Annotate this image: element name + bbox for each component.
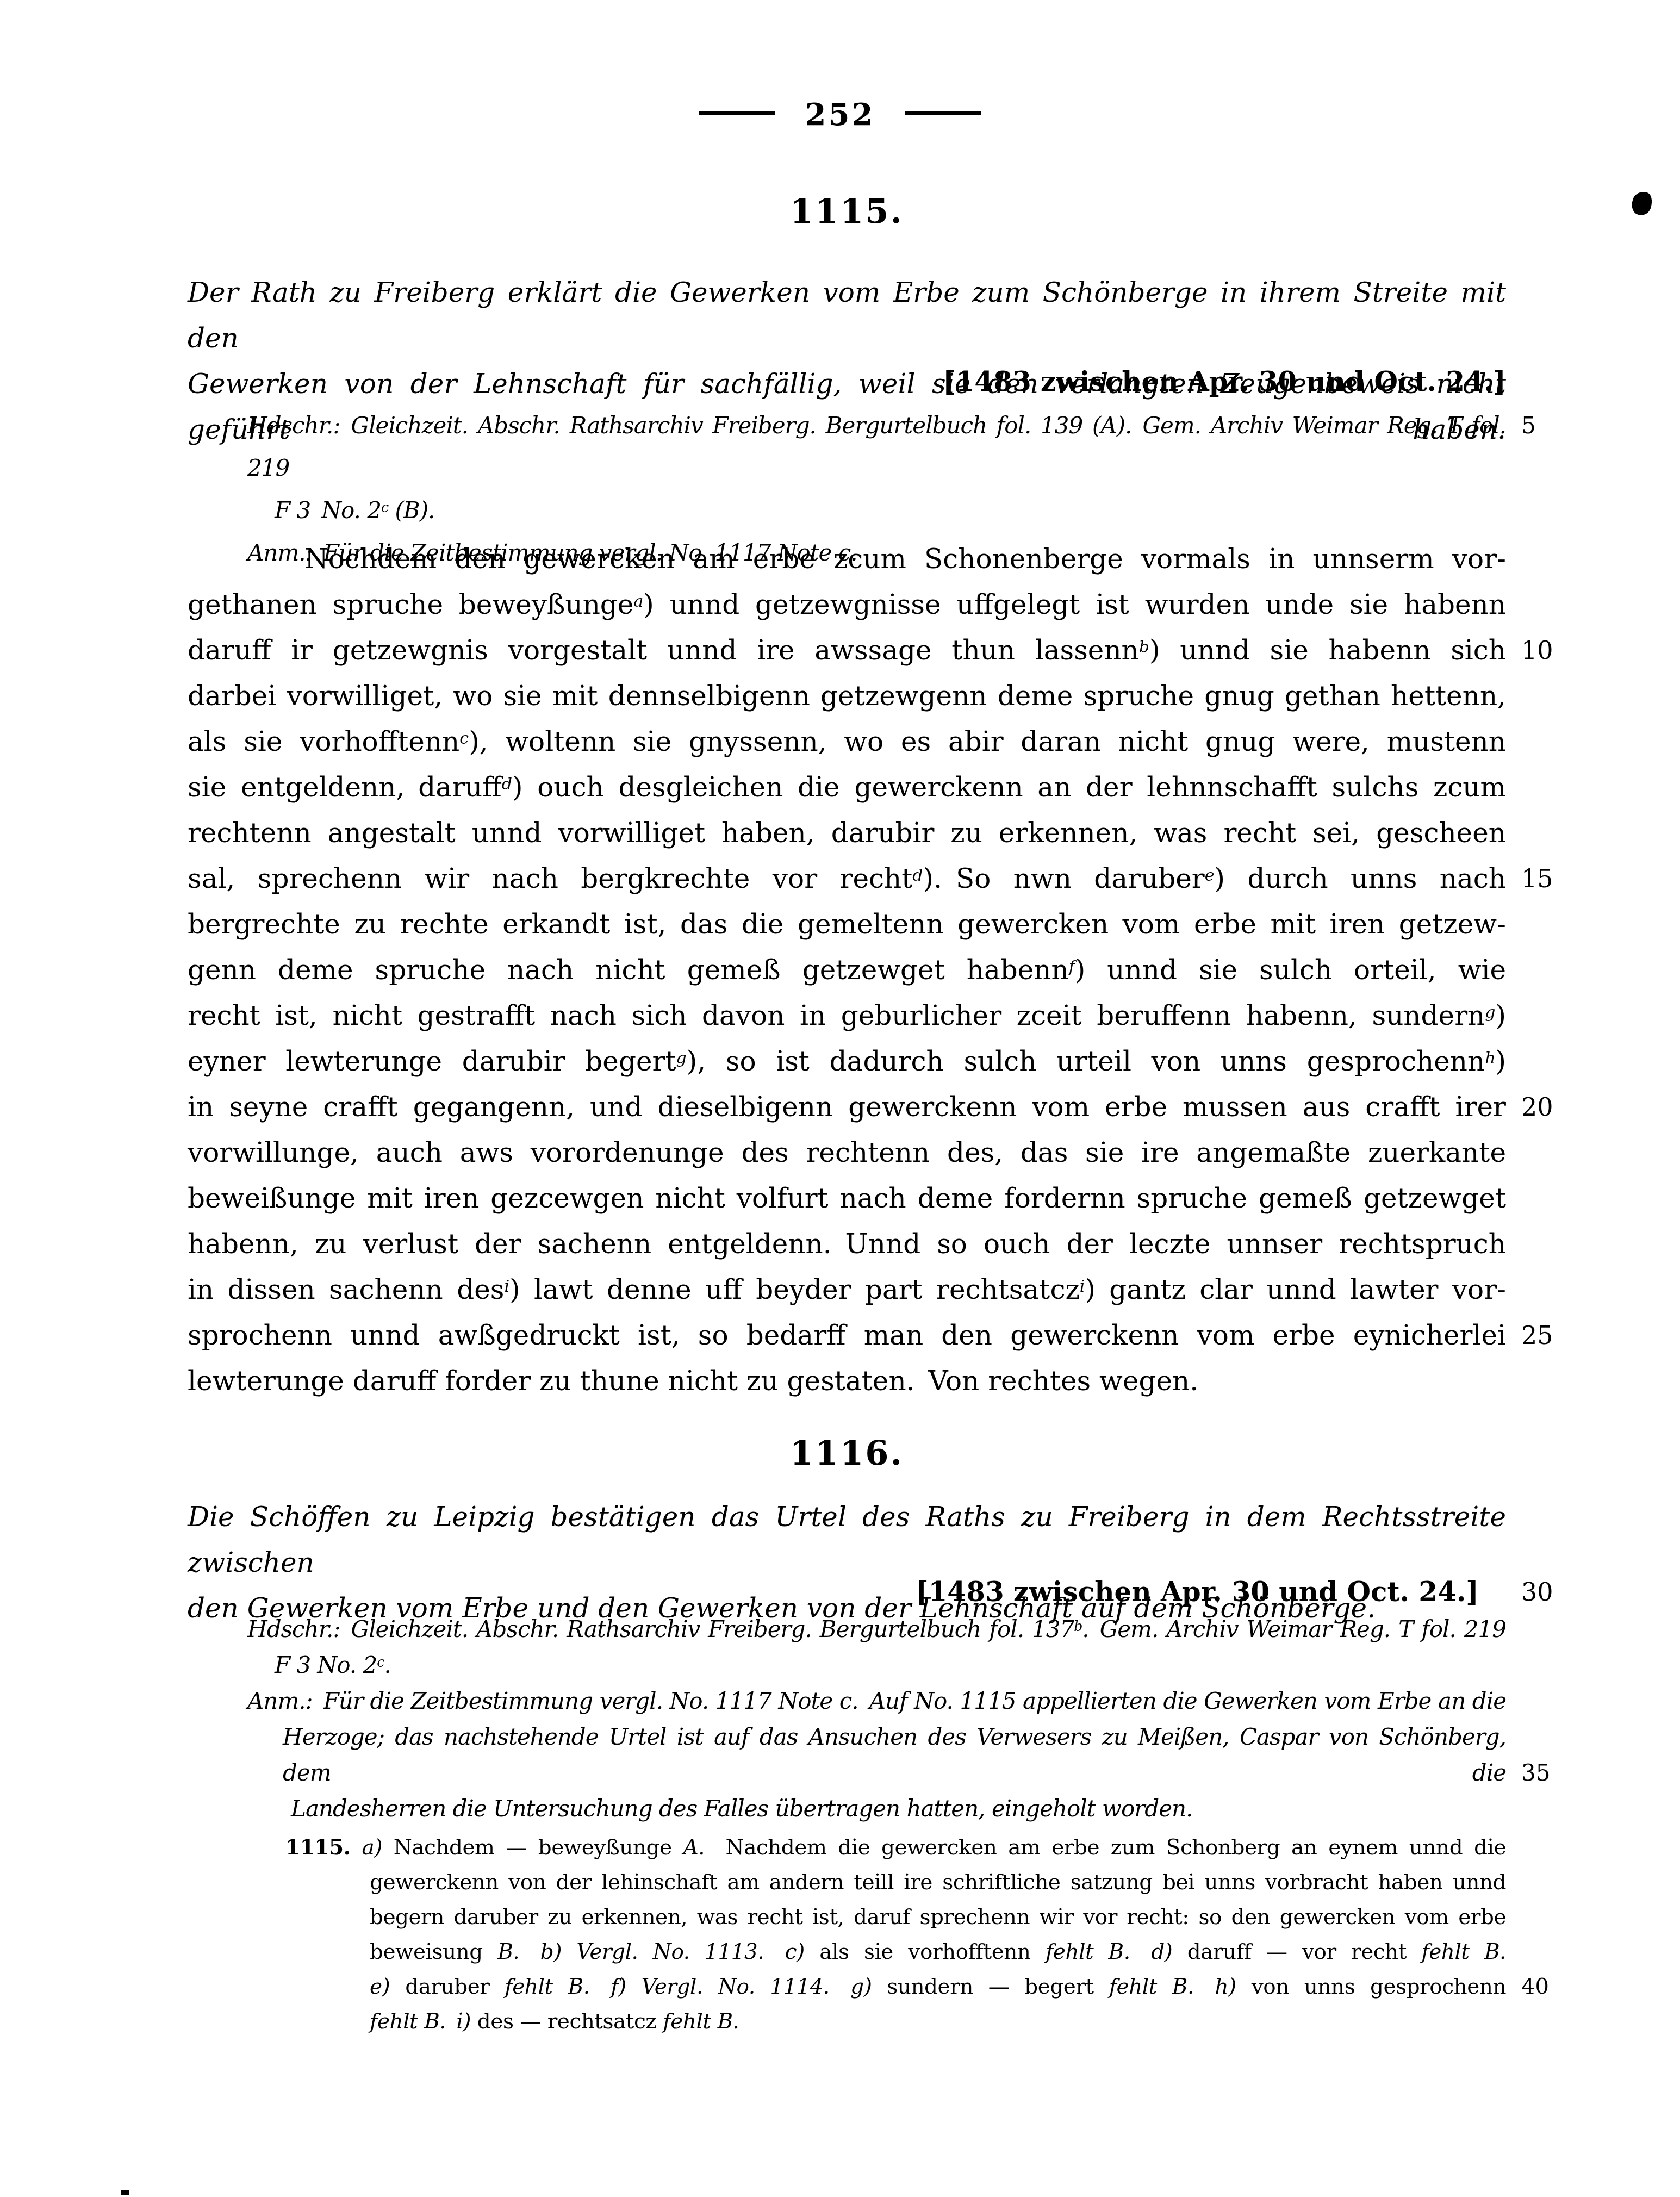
body-text-line: vorwillunge, auch aws vorordenunge des r…: [188, 1130, 1506, 1175]
footnote-line: fehlt B. i) des — rechtsatcz fehlt B.: [188, 2005, 1506, 2039]
body-text-line: habenn, zu verlust der sachenn entgelden…: [188, 1221, 1506, 1267]
body-text-line: sie entgeldenn, daruffd) ouch desgleiche…: [188, 764, 1506, 810]
margin-line-number: 35: [1521, 1755, 1586, 1791]
margin-line-number: 30: [1521, 1576, 1586, 1608]
body-text-line: in dissen sachenn desi) lawt denne uff b…: [188, 1267, 1506, 1312]
body-text-line: in seyne crafft gegangenn, und dieselbig…: [188, 1084, 1506, 1130]
entry-1116-regest: Die Schöffen zu Leipzig bestätigen das U…: [188, 1494, 1506, 1631]
source-line: Landesherren die Untersuchung des Falles…: [188, 1791, 1506, 1827]
body-text-line: darbei vorwilliget, wo sie mit dennselbi…: [188, 673, 1506, 719]
scan-speck: [121, 2190, 129, 2195]
source-line: Hdschr.: Gleichzeit. Abschr. Rathsarchiv…: [188, 1611, 1506, 1647]
entry-1116-date: [1483 zwischen Apr. 30 und Oct. 24.]: [188, 1576, 1506, 1608]
body-text-line: daruff ir getzewgnis vorgestalt unnd ire…: [188, 627, 1506, 673]
body-text-line: eyner lewterunge darubir begertg), so is…: [188, 1038, 1506, 1084]
ink-blot: [1629, 189, 1655, 218]
page-header: 252: [0, 97, 1680, 133]
body-text-line: Nochdem den gewercken am erbe zcum Schon…: [188, 536, 1506, 582]
header-rule-left: [699, 111, 775, 115]
margin-line-number: 20: [1521, 1084, 1586, 1130]
body-text-line: recht ist, nicht gestrafft nach sich dav…: [188, 993, 1506, 1038]
source-line: F 3 No. 2c (B).: [188, 489, 1506, 532]
body-text-line: sal, sprechenn wir nach bergkrechte vor …: [188, 856, 1506, 901]
footnote-block: 1115. a) Nachdem — beweyßunge A. Nachdem…: [188, 1830, 1506, 2039]
footnote-line: begern daruber zu erkennen, was recht is…: [188, 1900, 1506, 1935]
entry-1115-date: [1483 zwischen Apr. 30 und Oct. 24.]: [188, 365, 1506, 398]
header-rule-right: [905, 111, 981, 115]
body-text-line: rechtenn angestalt unnd vorwilliget habe…: [188, 810, 1506, 856]
footnote-line: gewerckenn von der lehinschaft am andern…: [188, 1865, 1506, 1900]
source-line: Anm.: Für die Zeitbestimmung vergl. No. …: [188, 1683, 1506, 1719]
margin-line-number: 40: [1521, 1969, 1586, 2004]
body-text-line: beweißunge mit iren gezcewgen nicht volf…: [188, 1175, 1506, 1221]
date-line: [1483 zwischen Apr. 30 und Oct. 24.]: [188, 365, 1506, 398]
margin-line-number: 10: [1521, 627, 1586, 673]
page-number: 252: [805, 97, 875, 133]
entry-1115-text: Nochdem den gewercken am erbe zcum Schon…: [188, 536, 1506, 1404]
body-text-line: genn deme spruche nach nicht gemeß getze…: [188, 947, 1506, 993]
body-text-line: bergrechte zu rechte erkandt ist, das di…: [188, 901, 1506, 947]
margin-line-number: 5: [1521, 404, 1586, 447]
source-line: Herzoge; das nachstehende Urtel ist auf …: [188, 1719, 1506, 1791]
footnote-line: e) daruber fehlt B. f) Vergl. No. 1114. …: [188, 1970, 1506, 2005]
date-line: [1483 zwischen Apr. 30 und Oct. 24.]: [188, 1576, 1506, 1608]
regest-line: Der Rath zu Freiberg erklärt die Gewerke…: [188, 270, 1506, 361]
margin-line-number: 15: [1521, 856, 1586, 901]
source-line: F 3 No. 2c.: [188, 1647, 1506, 1683]
body-text-line: lewterunge daruff forder zu thune nicht …: [188, 1358, 1506, 1404]
footnote-line: 1115. a) Nachdem — beweyßunge A. Nachdem…: [188, 1830, 1506, 1865]
source-line: Hdschr.: Gleichzeit. Abschr. Rathsarchiv…: [188, 404, 1506, 489]
body-text-line: als sie vorhofftennc), woltenn sie gnyss…: [188, 719, 1506, 764]
body-text-line: gethanen spruche beweyßungea) unnd getze…: [188, 582, 1506, 627]
margin-line-number: 25: [1521, 1312, 1586, 1358]
entry-1115-number: 1115.: [188, 191, 1506, 231]
entry-1116-number: 1116.: [188, 1433, 1506, 1473]
body-text-line: sprochenn unnd awßgedruckt ist, so bedar…: [188, 1312, 1506, 1358]
regest-line: Die Schöffen zu Leipzig bestätigen das U…: [188, 1494, 1506, 1585]
book-page: 252 1115. Der Rath zu Freiberg erklärt d…: [0, 0, 1680, 2197]
footnote-line: beweisung B. b) Vergl. No. 1113. c) als …: [188, 1935, 1506, 1970]
entry-1116-source: Hdschr.: Gleichzeit. Abschr. Rathsarchiv…: [188, 1611, 1506, 1827]
